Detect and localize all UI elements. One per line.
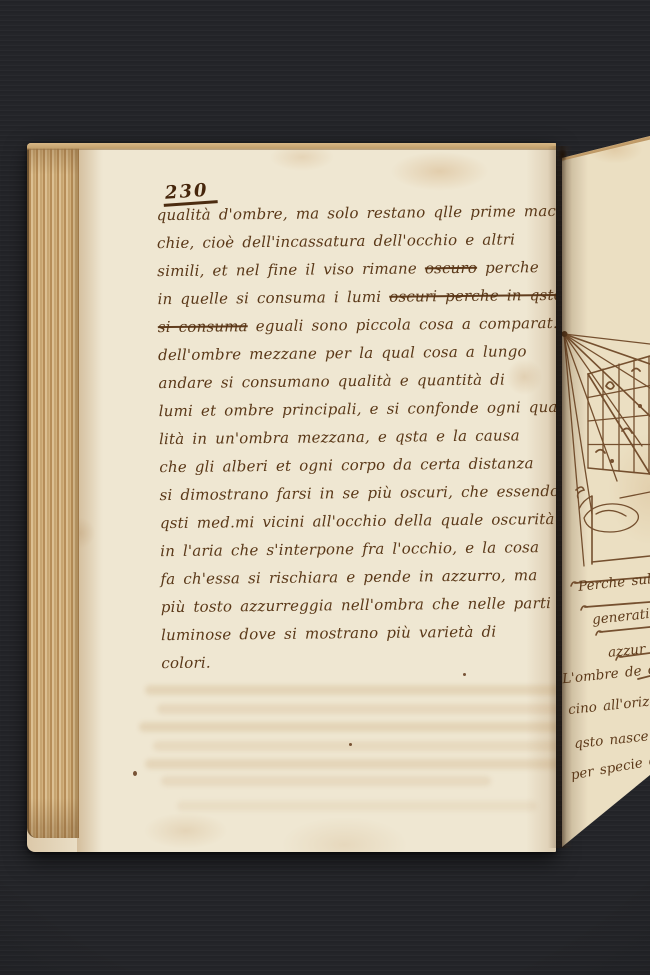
manuscript-line: qualità d'ombre, ma solo restano qlle pr…	[157, 197, 556, 229]
ink-bleedthrough	[139, 722, 556, 732]
manuscript-line: qsti med.mi vicini all'occhio della qual…	[160, 505, 556, 537]
right-page-text-fragment: per specie d'ogni	[570, 747, 650, 784]
right-page-text-fragment: qsto nasce pe	[573, 726, 650, 752]
manuscript-line: andare si consumano qualità e quantità d…	[158, 365, 556, 397]
left-page-top-edge	[27, 143, 556, 150]
ink-bleedthrough	[145, 759, 556, 769]
manuscript-line: dell'ombre mezzane per la qual cosa a lu…	[158, 337, 556, 369]
manuscript-photo: 230 qualità d'ombre, ma solo restano qll…	[0, 0, 650, 975]
ink-bleedthrough	[153, 741, 556, 751]
ink-speck	[349, 743, 352, 746]
left-page: 230 qualità d'ombre, ma solo restano qll…	[27, 143, 556, 852]
manuscript-line: lumi et ombre principali, e si confonde …	[159, 393, 556, 425]
manuscript-line: si consuma eguali sono piccola cosa a co…	[158, 309, 556, 341]
ink-bleedthrough	[161, 776, 491, 786]
page-edges-stack	[27, 145, 79, 838]
right-page-top-edge	[562, 132, 650, 161]
manuscript-line: simili, et nel fine il viso rimane oscur…	[157, 253, 556, 285]
page-edges-fade	[77, 143, 103, 852]
manuscript-line: più tosto azzurreggia nell'ombra che nel…	[161, 589, 556, 621]
manuscript-line: colori.	[161, 645, 556, 677]
manuscript-line: in l'aria che s'interpone fra l'occhio, …	[160, 533, 556, 565]
ink-bleedthrough	[157, 704, 556, 714]
ink-bleedthrough	[145, 685, 556, 695]
manuscript-line: chie, cioè dell'incassatura dell'occhio …	[157, 225, 556, 257]
manuscript-line: si dimostrano farsi in se più oscuri, ch…	[159, 477, 556, 509]
ink-speck	[463, 673, 466, 676]
manuscript-line: che gli alberi et ogni corpo da certa di…	[159, 449, 556, 481]
manuscript-line: lità in un'ombra mezzana, e qsta e la ca…	[159, 421, 556, 453]
ink-speck	[133, 771, 137, 776]
ink-bleedthrough	[177, 801, 537, 811]
manuscript-line: in quelle si consuma i lumi oscuri perch…	[157, 281, 556, 313]
manuscript-line: luminose dove si mostrano più varietà di	[161, 617, 556, 649]
manuscript-line: fa ch'essa si rischiara e pende in azzur…	[160, 561, 556, 593]
manuscript-text: qualità d'ombre, ma solo restano qlle pr…	[157, 197, 556, 677]
right-page: Perche sul fa generati in azzur L'ombre …	[562, 128, 650, 850]
